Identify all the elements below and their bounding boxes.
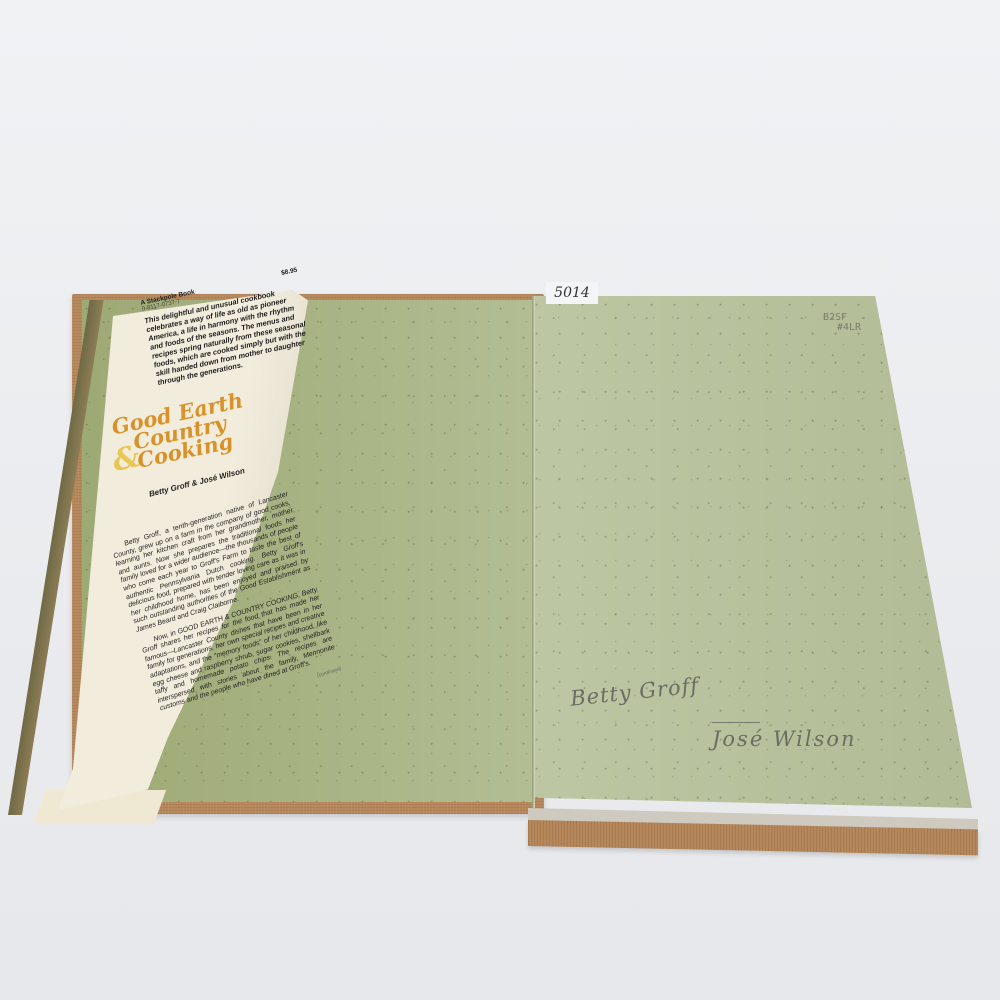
pencil-shelf-note: B2SF #4LR: [823, 313, 861, 333]
inventory-tag: 5014: [546, 282, 598, 304]
book-gutter: [532, 296, 535, 808]
shelf-note-line: #4LR: [823, 323, 861, 333]
signature-jose-wilson: José Wilson: [712, 727, 857, 751]
signature-underline: [712, 722, 760, 723]
